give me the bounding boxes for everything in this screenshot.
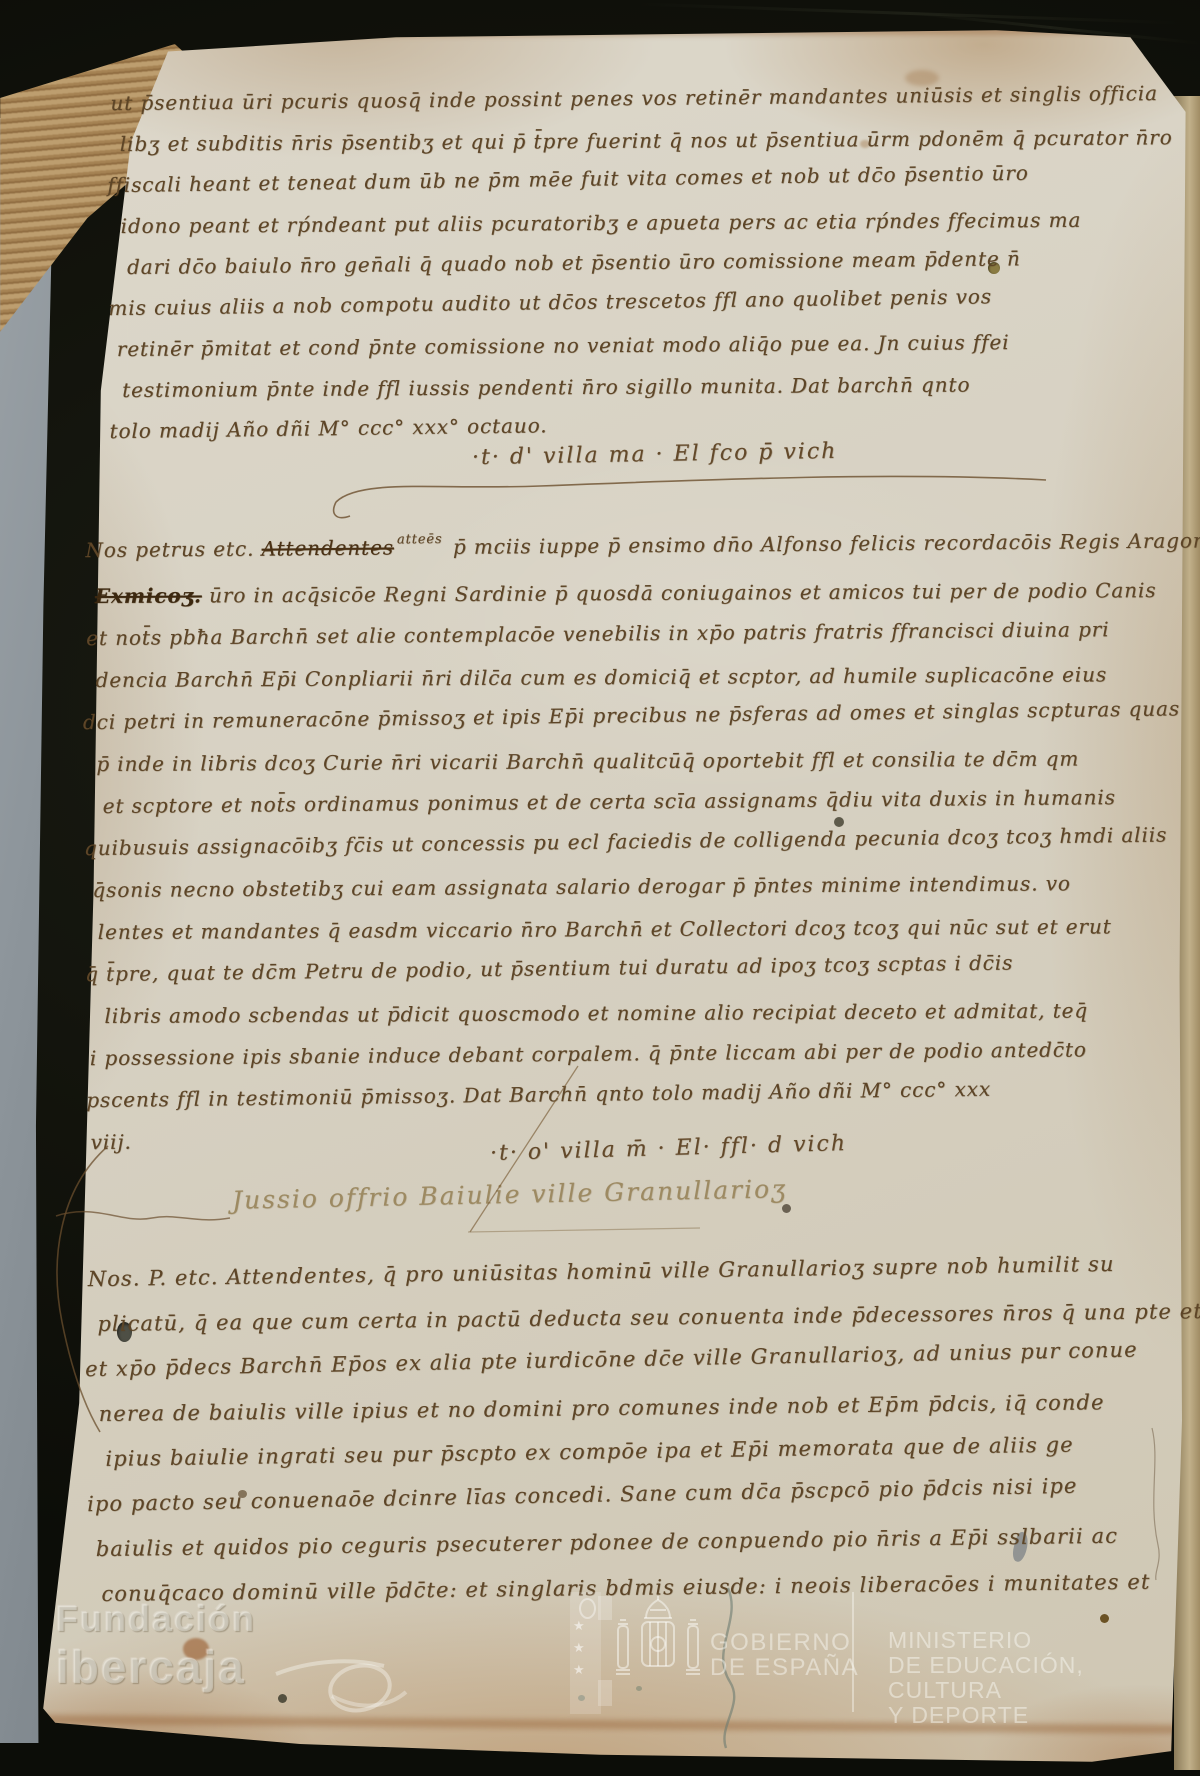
film-strip-watermark: ★ ★ ★	[570, 1592, 601, 1714]
government-line1: GOBIERNO	[710, 1630, 859, 1655]
page-top-edge-stain	[150, 28, 1150, 36]
archive-photo-background: ut p̄sentiua ūri pcuris quosq̄ inde poss…	[0, 0, 1200, 1776]
watermark-foundation: Fundación ibercaja	[56, 1596, 256, 1692]
ministry-line1: MINISTERIO	[888, 1628, 1200, 1653]
ministry-line2: DE EDUCACIÓN, CULTURA	[888, 1653, 1200, 1703]
spain-coat-of-arms-icon	[608, 1596, 708, 1706]
struck-word: Attendentes	[261, 535, 394, 560]
manuscript-line: q̄sonis necno obstetibʒ cui eam assignat…	[92, 861, 1200, 911]
manuscript-line: p̄ inde in libris dcoʒ Curie n̄ri vicari…	[96, 737, 1200, 785]
star-icon: ★	[573, 1618, 585, 1634]
line-text: Nos petrus etc.	[85, 537, 261, 563]
manuscript-line: ut p̄sentiua ūri pcuris quosq̄ inde poss…	[110, 73, 1172, 124]
ministry-line3: Y DEPORTE	[888, 1703, 1200, 1728]
star-icon: ★	[573, 1662, 585, 1678]
ibercaja-swirl-icon	[272, 1636, 412, 1726]
paragraph-3: Nos. P. etc. Attendentes, q̄ pro uniūsit…	[87, 1239, 1200, 1617]
struck-word: Exmicoʒ.	[95, 583, 202, 608]
interlinear-correction: atteēs	[397, 532, 443, 547]
manuscript-line: libris amodo scbendas ut p̄dicit quoscmo…	[104, 989, 1200, 1037]
watermark-ministry: MINISTERIO DE EDUCACIÓN, CULTURA Y DEPOR…	[888, 1628, 1200, 1728]
watermark-government: GOBIERNO DE ESPAÑA	[710, 1630, 859, 1680]
foundation-name: Fundación	[56, 1596, 256, 1642]
gray-backing-board	[0, 118, 62, 1743]
line-text: ūro in acq̄sicōe Regni Sardinie p̄ quosd…	[202, 578, 1157, 607]
watermark-divider	[852, 1592, 854, 1712]
paragraph-1: ut p̄sentiua ūri pcuris quosq̄ inde poss…	[110, 73, 1175, 452]
manuscript-line: retinēr p̄mitat et cond p̄nte comissione…	[117, 321, 1175, 370]
punch-hole	[782, 1204, 791, 1213]
star-icon: ★	[573, 1640, 585, 1656]
government-line2: DE ESPAÑA	[710, 1655, 859, 1680]
punch-hole	[1100, 1614, 1109, 1623]
paragraph-2: Nos petrus etc. Attendentesatteēs p̄ mci…	[85, 519, 1200, 1163]
ring-glyph	[579, 1598, 596, 1619]
line-text: p̄ mciis iuppe p̄ ensimo dn̄o Alfonso fe…	[446, 528, 1200, 559]
foundation-brand: ibercaja	[56, 1642, 256, 1692]
manuscript-line: Exmicoʒ. ūro in acq̄sicōe Regni Sardinie…	[95, 569, 1200, 617]
manuscript-line: Nos petrus etc. Attendentesatteēs p̄ mci…	[85, 519, 1200, 575]
manuscript-line: idono peant et rṕndeant put aliis pcurat…	[120, 199, 1173, 247]
